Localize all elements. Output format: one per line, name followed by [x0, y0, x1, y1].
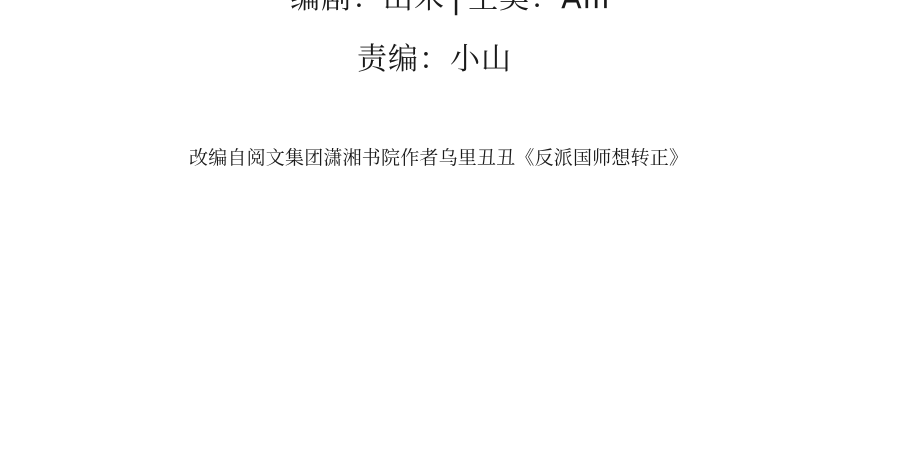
editor-name: 小山	[450, 42, 512, 77]
credits-page: 编剧：山禾|主美：Aiii 责编：小山 改编自阅文集团潇湘书院作者乌里丑丑《反派…	[0, 0, 900, 456]
editor-credit-line: 责编：小山	[357, 45, 512, 75]
writer-name: 山禾	[383, 0, 445, 16]
adaptation-note: 改编自阅文集团潇湘书院作者乌里丑丑《反派国师想转正》	[189, 149, 688, 168]
art-name: Aiii	[561, 0, 611, 16]
art-label: 主美：	[468, 0, 561, 16]
editor-label: 责编：	[357, 42, 450, 77]
writer-label: 编剧：	[290, 0, 383, 16]
writer-art-credit-line: 编剧：山禾|主美：Aiii	[290, 0, 611, 14]
credit-separator: |	[451, 0, 462, 14]
